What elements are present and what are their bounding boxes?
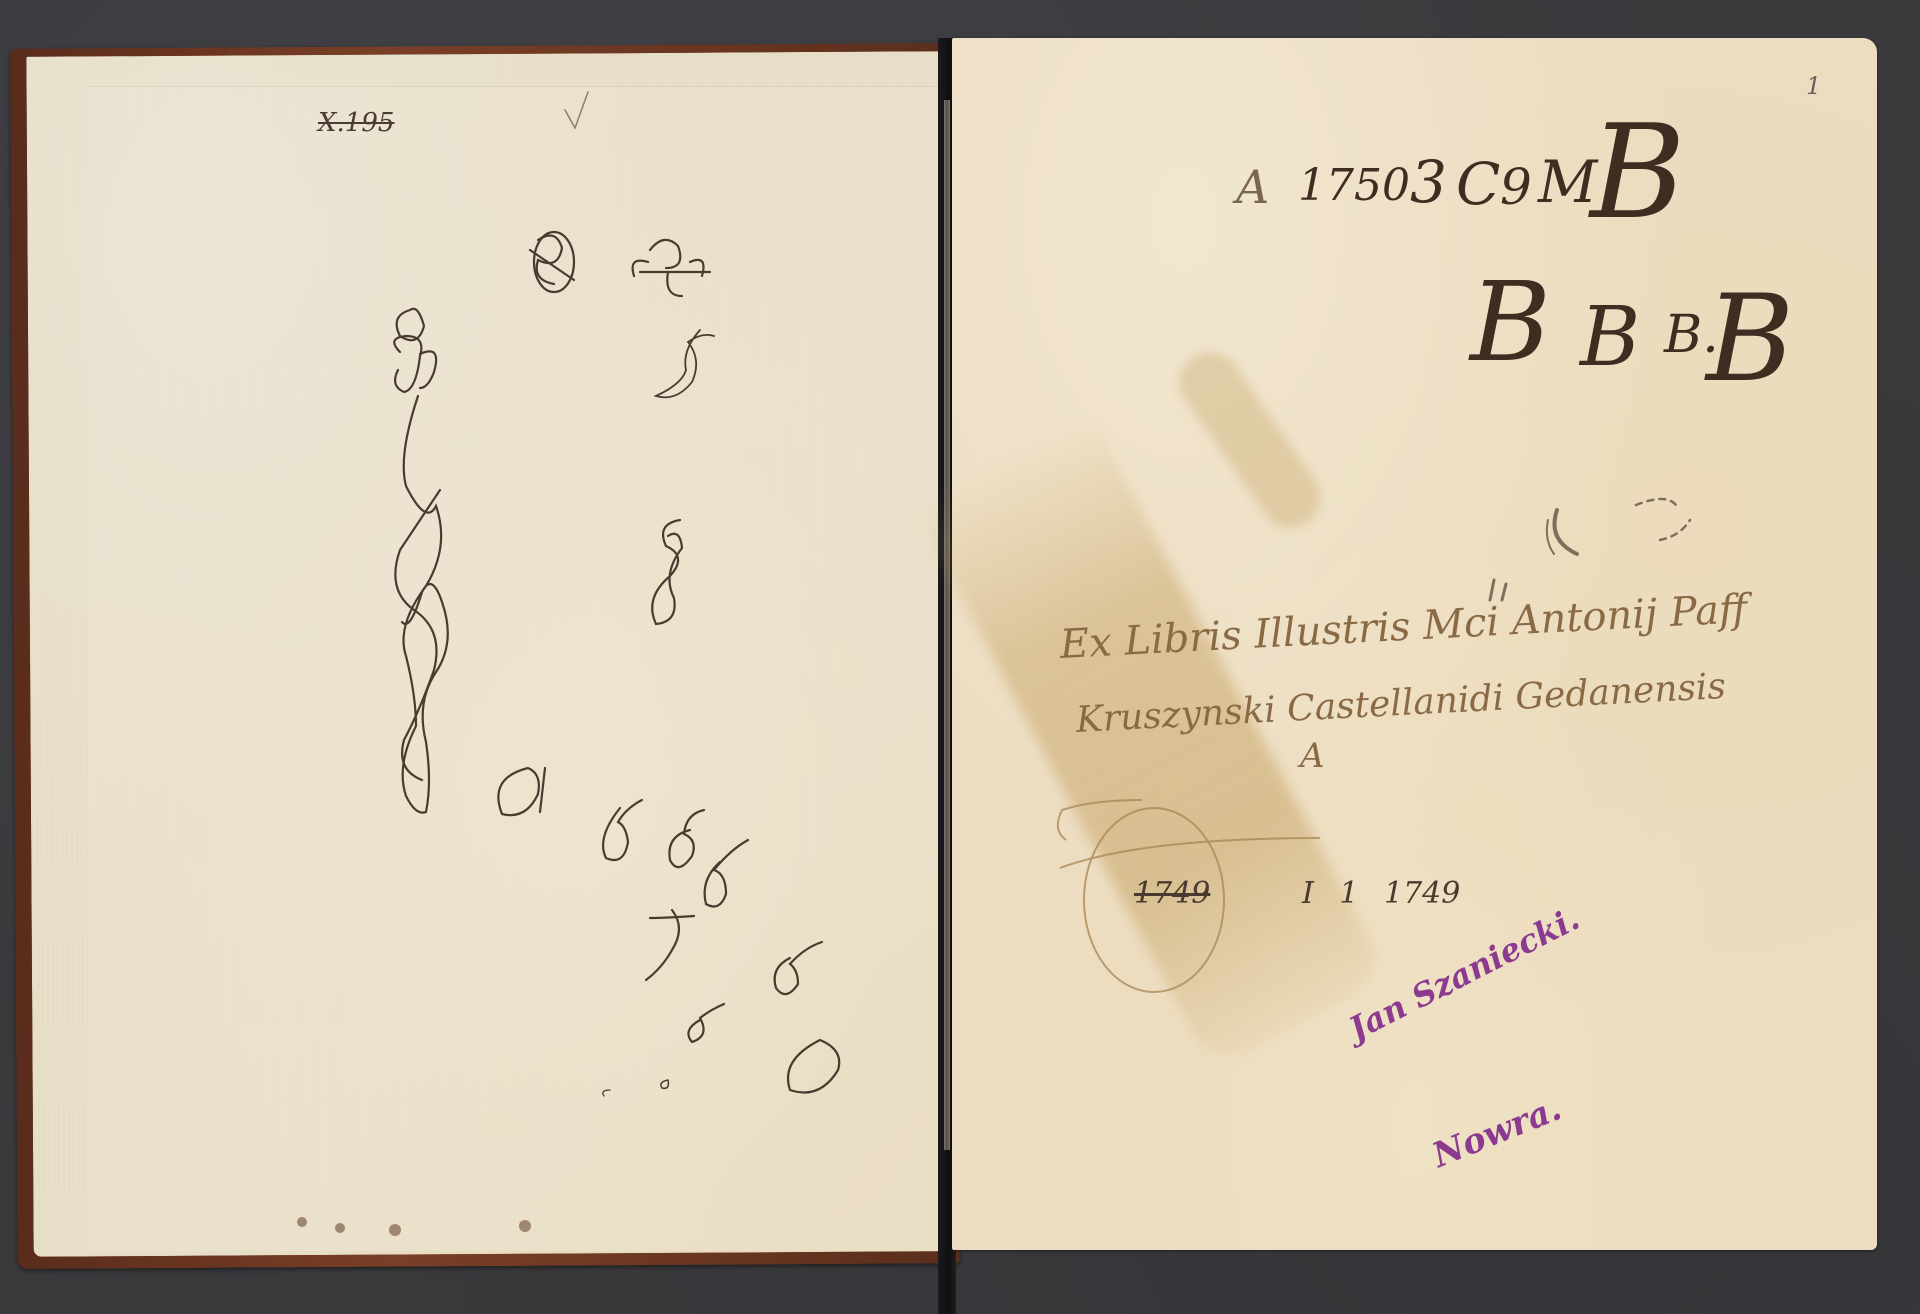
ex-libris-line-3: A — [1300, 736, 1325, 776]
blotted-ink-marks — [0, 0, 1920, 1314]
struck-date: 1749 — [1134, 876, 1210, 911]
date-entry: I 1 1749 — [1302, 876, 1460, 911]
